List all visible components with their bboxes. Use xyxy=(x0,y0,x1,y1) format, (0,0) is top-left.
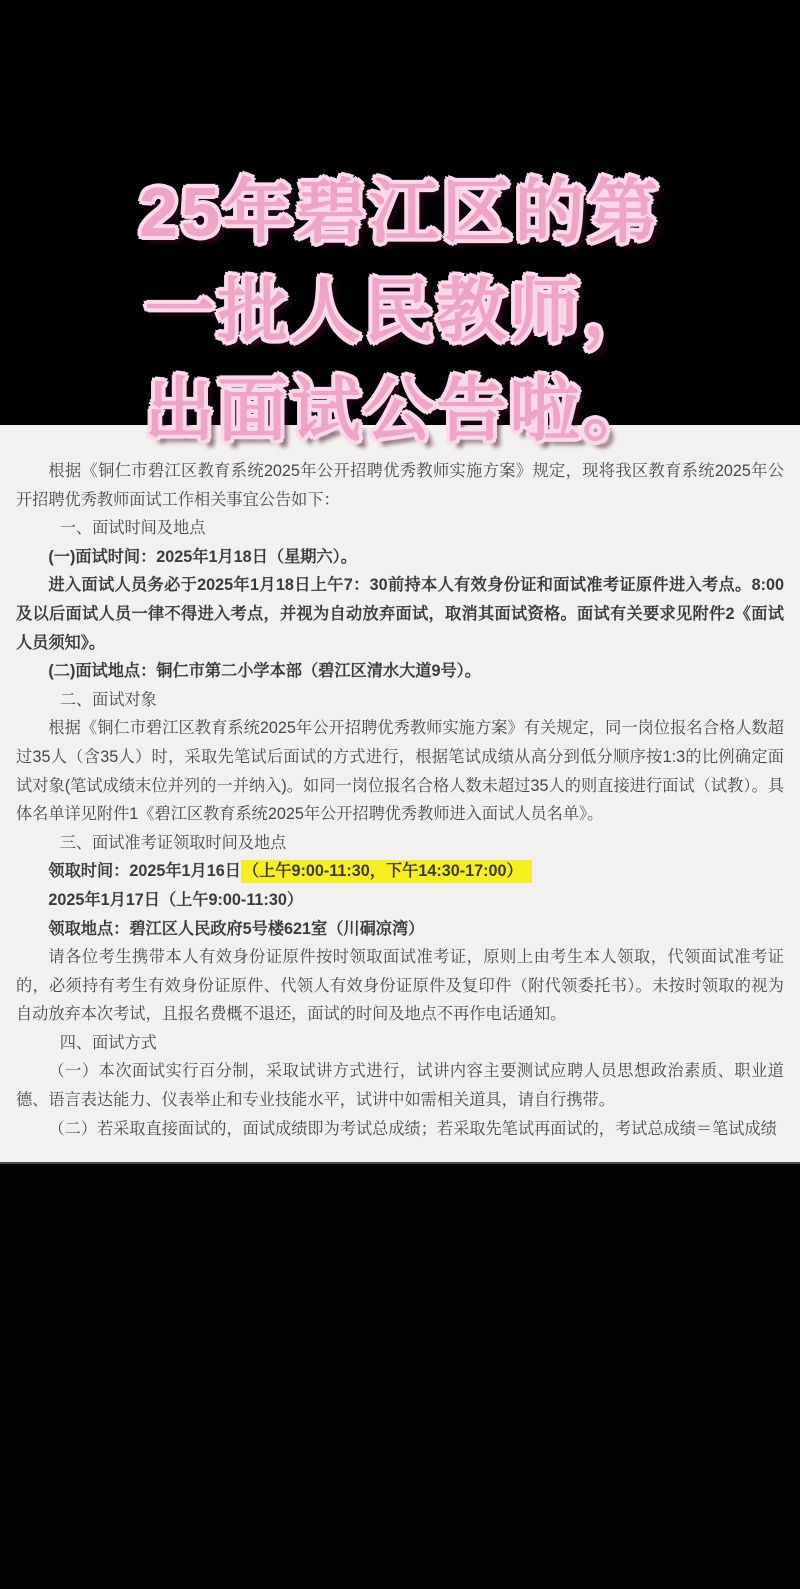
doc-body: 根据《铜仁市碧江区教育系统2025年公开招聘优秀教师实施方案》规定，现将我区教育… xyxy=(16,457,784,1143)
title-banner: 25年碧江区的第 一批人民教师， 出面试公告啦。 xyxy=(0,163,800,460)
doc-paragraph: 2025年1月17日（上午9:00-11:30） xyxy=(16,886,784,915)
doc-paragraph: （一）本次面试实行百分制，采取试讲方式进行，试讲内容主要测试应聘人员思想政治素质… xyxy=(16,1057,784,1114)
highlighted-time-text: （上午9:00-11:30，下午14:30-17:00） xyxy=(241,860,532,883)
doc-paragraph: (二)面试地点：铜仁市第二小学本部（碧江区清水大道9号）。 xyxy=(16,657,784,686)
title-line-1: 25年碧江区的第 xyxy=(0,163,800,262)
doc-paragraph: 领取时间：2025年1月16日（上午9:00-11:30，下午14:30-17:… xyxy=(16,857,784,886)
doc-heading: 一、面试时间及地点 xyxy=(16,514,784,543)
doc-paragraph: 进入面试人员务必于2025年1月18日上午7：30前持本人有效身份证和面试准考证… xyxy=(16,571,784,657)
doc-paragraph: （二）若采取直接面试的，面试成绩即为考试总成绩；若采取先笔试再面试的，考试总成绩… xyxy=(16,1115,784,1144)
bottom-black-band xyxy=(0,1162,800,1589)
pickup-time-text: 领取时间：2025年1月16日 xyxy=(48,862,241,880)
doc-paragraph: 请各位考生携带本人有效身份证原件按时领取面试准考证，原则上由考生本人领取，代领面… xyxy=(16,943,784,1029)
title-line-2: 一批人民教师， xyxy=(0,262,800,361)
doc-heading: 二、面试对象 xyxy=(16,686,784,715)
post-image: 25年碧江区的第 一批人民教师， 出面试公告啦。 根据《铜仁市碧江区教育系统20… xyxy=(0,0,800,1589)
doc-paragraph: 领取地点：碧江区人民政府5号楼621室（川硐凉湾） xyxy=(16,915,784,944)
announcement-document: 根据《铜仁市碧江区教育系统2025年公开招聘优秀教师实施方案》规定，现将我区教育… xyxy=(0,425,800,1162)
title-line-3: 出面试公告啦。 xyxy=(0,361,800,460)
doc-paragraph: 根据《铜仁市碧江区教育系统2025年公开招聘优秀教师实施方案》有关规定，同一岗位… xyxy=(16,714,784,828)
doc-paragraph: 根据《铜仁市碧江区教育系统2025年公开招聘优秀教师实施方案》规定，现将我区教育… xyxy=(16,457,784,514)
doc-heading: 三、面试准考证领取时间及地点 xyxy=(16,829,784,858)
doc-paragraph: (一)面试时间：2025年1月18日（星期六）。 xyxy=(16,543,784,572)
doc-heading: 四、面试方式 xyxy=(16,1029,784,1058)
